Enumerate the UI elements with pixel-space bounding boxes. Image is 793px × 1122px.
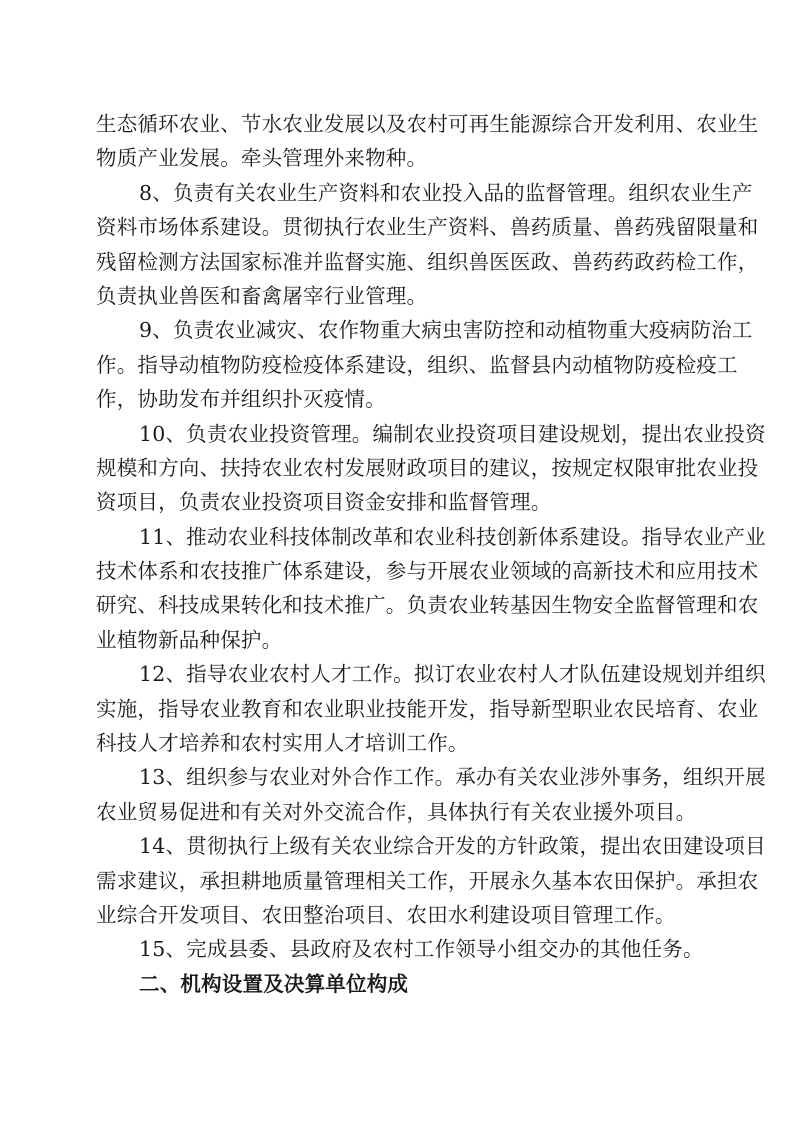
- item-12-line-1: 12、指导农业农村人才工作。拟订农业农村人才队伍建设规划并组织: [96, 657, 698, 691]
- item-10-line-2: 规模和方向、扶持农业农村发展财政项目的建议，按规定权限审批农业投: [96, 451, 698, 485]
- item-8-line-1: 8、负责有关农业生产资料和农业投入品的监督管理。组织农业生产: [96, 176, 698, 210]
- item-12-line-2: 实施，指导农业教育和农业职业技能开发，指导新型职业农民培育、农业: [96, 692, 698, 726]
- item-8-line-2: 资料市场体系建设。贯彻执行农业生产资料、兽药质量、兽药残留限量和: [96, 210, 698, 244]
- item-14-line-2: 需求建议，承担耕地质量管理相关工作，开展永久基本农田保护。承担农: [96, 864, 698, 898]
- item-9-line-1: 9、负责农业减灾、农作物重大病虫害防控和动植物重大疫病防治工: [96, 313, 698, 347]
- item-11-line-2: 技术体系和农技推广体系建设，参与开展农业领域的高新技术和应用技术: [96, 554, 698, 588]
- item-9-line-2: 作。指导动植物防疫检疫体系建设，组织、监督县内动植物防疫检疫工: [96, 348, 698, 382]
- item-14-line-3: 业综合开发项目、农田整治项目、农田水利建设项目管理工作。: [96, 898, 698, 932]
- item-13-line-1: 13、组织参与农业对外合作工作。承办有关农业涉外事务，组织开展: [96, 760, 698, 794]
- item-14-line-1: 14、贯彻执行上级有关农业综合开发的方针政策，提出农田建设项目: [96, 829, 698, 863]
- item-12-line-3: 科技人才培养和农村实用人才培训工作。: [96, 726, 698, 760]
- section-heading: 二、机构设置及决算单位构成: [96, 967, 698, 1001]
- document-page: 生态循环农业、节水农业发展以及农村可再生能源综合开发利用、农业生 物质产业发展。…: [96, 107, 698, 1001]
- item-11-line-1: 11、推动农业科技体制改革和农业科技创新体系建设。指导农业产业: [96, 520, 698, 554]
- item-11-line-4: 业植物新品种保护。: [96, 623, 698, 657]
- item-8-line-3: 残留检测方法国家标准并监督实施、组织兽医医政、兽药药政药检工作，: [96, 245, 698, 279]
- item-11-line-3: 研究、科技成果转化和技术推广。负责农业转基因生物安全监督管理和农: [96, 588, 698, 622]
- text-line-1: 生态循环农业、节水农业发展以及农村可再生能源综合开发利用、农业生: [96, 107, 698, 141]
- item-10-line-3: 资项目，负责农业投资项目资金安排和监督管理。: [96, 485, 698, 519]
- item-13-line-2: 农业贸易促进和有关对外交流合作，具体执行有关农业援外项目。: [96, 795, 698, 829]
- text-line-2: 物质产业发展。牵头管理外来物种。: [96, 141, 698, 175]
- item-10-line-1: 10、负责农业投资管理。编制农业投资项目建设规划，提出农业投资: [96, 417, 698, 451]
- item-15-line-1: 15、完成县委、县政府及农村工作领导小组交办的其他任务。: [96, 932, 698, 966]
- item-8-line-4: 负责执业兽医和畜禽屠宰行业管理。: [96, 279, 698, 313]
- item-9-line-3: 作，协助发布并组织扑灭疫情。: [96, 382, 698, 416]
